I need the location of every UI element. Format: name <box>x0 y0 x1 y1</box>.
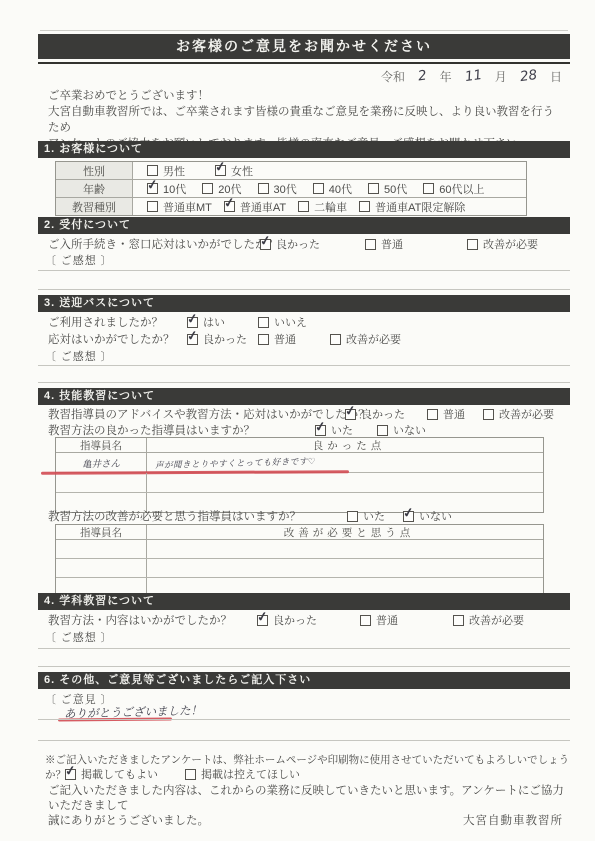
bus-comment-line-2[interactable] <box>38 382 570 383</box>
section-customer-title: 1. お客様について <box>44 143 143 155</box>
company-name: 大宮自動車教習所 <box>463 812 563 828</box>
good-table-col1: 指導員名 <box>56 438 147 452</box>
bus-comment-label: 〔 ご感想 〕 <box>45 348 113 364</box>
reception-option-good[interactable]: 良かった <box>260 236 320 252</box>
option-label: 二輪車 <box>314 199 347 215</box>
bus-option-improve[interactable]: 改善が必要 <box>330 331 401 347</box>
option-age-20s[interactable]: 20代 <box>202 181 241 197</box>
checkbox-skill-improve[interactable] <box>483 409 494 420</box>
age-label: 年齢 <box>56 180 133 197</box>
option-label: 普通 <box>274 331 296 347</box>
option-course-at-limited[interactable]: 普通車AT限定解除 <box>359 199 465 215</box>
intro-line-2: 大宮自動車教習所では、ご卒業されます皆様の貴重なご意見を業務に反映し、より良い教… <box>48 104 562 136</box>
option-label: 掲載は控えてほしい <box>201 766 300 782</box>
checkbox-male[interactable] <box>147 165 158 176</box>
other-comment-line-1[interactable] <box>38 719 570 720</box>
checkbox-skill-improve-ita[interactable] <box>347 511 358 522</box>
skill-q2: 教習方法の良かった指導員はいますか？ <box>48 422 255 438</box>
bus-option-normal[interactable]: 普通 <box>258 331 296 347</box>
skill-q2-row: 教習方法の良かった指導員はいますか？ いた いない <box>38 422 570 438</box>
customer-table: 性別 男性 女性 年齢 10代 20代 <box>55 161 527 216</box>
checkbox-age-60s[interactable] <box>423 183 434 194</box>
course-label: 教習種別 <box>56 198 133 215</box>
option-label: 普通 <box>443 406 465 422</box>
improve-table-header: 指導員名 改善が必要と思う点 <box>56 525 543 540</box>
checkbox-bus-good[interactable] <box>187 334 198 345</box>
option-label: いいえ <box>274 314 307 330</box>
form-title: お客様のご意見をお聞かせください <box>176 38 432 54</box>
date-era-label: 令和 <box>381 68 405 85</box>
bus-option-no[interactable]: いいえ <box>258 314 307 330</box>
reception-comment-label: 〔 ご感想 〕 <box>45 252 113 268</box>
improve-table-col1: 指導員名 <box>56 525 147 539</box>
checkbox-skill-normal[interactable] <box>427 409 438 420</box>
date-year-label: 年 <box>440 68 452 85</box>
publish-options-row: 掲載してもよい 掲載は控えてほしい <box>38 766 570 782</box>
section-lecture-title: 4. 学科教習について <box>44 595 155 607</box>
option-label: 50代 <box>384 181 407 197</box>
skill-q3: 教習方法の改善が必要と思う指導員はいますか？ <box>48 508 301 524</box>
reception-option-normal[interactable]: 普通 <box>365 236 403 252</box>
lecture-comment-label: 〔 ご感想 〕 <box>45 629 113 645</box>
checkbox-lecture-improve[interactable] <box>453 615 464 626</box>
checkbox-skill-good[interactable] <box>345 409 356 420</box>
option-label: 女性 <box>231 163 253 179</box>
option-label: 良かった <box>273 612 317 628</box>
other-comment-line-2[interactable] <box>38 740 570 741</box>
bus-q2: 応対はいかがでしたか？ <box>48 331 175 347</box>
option-label: 10代 <box>163 181 186 197</box>
form-title-banner: お客様のご意見をお聞かせください <box>38 34 570 59</box>
handwritten-good-point: 声が聞きとりやすくとっても好きです♡ <box>155 454 316 470</box>
bus-q1: ご利用されましたか？ <box>48 314 163 330</box>
course-row: 教習種別 普通車MT 普通車AT 二輪車 普通車AT限定解除 <box>56 197 526 215</box>
option-label: 普通車MT <box>163 199 212 215</box>
option-label: 普通 <box>381 236 403 252</box>
checkbox-bus-improve[interactable] <box>330 334 341 345</box>
improve-table-col2: 改善が必要と思う点 <box>147 525 543 540</box>
date-day-label: 日 <box>550 68 562 85</box>
date-day-handwritten: 28 <box>519 67 538 85</box>
intro-line-1: ご卒業おめでとうございます！ <box>48 88 562 104</box>
checkbox-bus-normal[interactable] <box>258 334 269 345</box>
handwritten-instructor-name: 亀井さん <box>82 455 120 470</box>
improve-instructor-table: 指導員名 改善が必要と思う点 <box>55 524 544 597</box>
checkbox-publish-ok[interactable] <box>65 769 76 780</box>
checkbox-course-bike[interactable] <box>298 201 309 212</box>
section-bus-title: 3. 送迎バスについて <box>44 297 155 309</box>
checkbox-bus-no[interactable] <box>258 317 269 328</box>
option-age-30s[interactable]: 30代 <box>258 181 297 197</box>
skill-option-good[interactable]: 良かった <box>345 406 405 422</box>
section-lecture-header: 4. 学科教習について <box>38 593 570 610</box>
scan-top-edge-line <box>40 30 568 31</box>
section-other-header: 6. その他、ご意見等ございましたらご記入下さい <box>38 672 570 689</box>
checkbox-course-at-limited[interactable] <box>359 201 370 212</box>
option-label: 改善が必要 <box>469 612 524 628</box>
section-customer-header: 1. お客様について <box>38 141 570 158</box>
checkbox-age-20s[interactable] <box>202 183 213 194</box>
checkbox-course-at[interactable] <box>224 201 235 212</box>
reception-question-row: ご入所手続き・窓口応対はいかがでしたか？ 良かった 普通 改善が必要 <box>38 236 570 252</box>
checkbox-age-40s[interactable] <box>313 183 324 194</box>
section-reception-title: 2. 受付について <box>44 219 131 231</box>
option-label: 良かった <box>361 406 405 422</box>
skill-option-inai[interactable]: いない <box>377 422 426 438</box>
publish-option-ok[interactable]: 掲載してもよい <box>65 766 158 782</box>
good-table-row-2[interactable] <box>56 473 543 493</box>
date-row: 令和 2 年 11 月 28 日 <box>38 66 568 86</box>
option-course-bike[interactable]: 二輪車 <box>298 199 347 215</box>
date-year-handwritten: 2 <box>417 67 428 84</box>
option-label: 普通車AT <box>240 199 286 215</box>
option-label: 良かった <box>203 331 247 347</box>
reception-question: ご入所手続き・窓口応対はいかがでしたか？ <box>48 236 278 252</box>
lecture-option-normal[interactable]: 普通 <box>360 612 398 628</box>
option-label: 改善が必要 <box>499 406 554 422</box>
option-label: 普通 <box>376 612 398 628</box>
gender-row: 性別 男性 女性 <box>56 162 526 179</box>
closing-line-1: ご記入いただきました内容は、これからの業務に反映していきたいと思います。アンケー… <box>48 784 568 814</box>
bus-q2-row: 応対はいかがでしたか？ 良かった 普通 改善が必要 <box>38 331 570 347</box>
checkbox-lecture-normal[interactable] <box>360 615 371 626</box>
lecture-comment-line-1[interactable] <box>38 648 570 649</box>
checkbox-female[interactable] <box>215 165 226 176</box>
skill-option-ita[interactable]: いた <box>315 422 353 438</box>
skill-improve-option-inai[interactable]: いない <box>403 508 452 524</box>
section-skill-title: 4. 技能教習について <box>44 390 155 402</box>
option-course-at[interactable]: 普通車AT <box>224 199 286 215</box>
improve-table-row-2[interactable] <box>56 559 543 578</box>
option-label: 普通車AT限定解除 <box>375 199 465 215</box>
option-age-60s[interactable]: 60代以上 <box>423 181 484 197</box>
publish-option-no[interactable]: 掲載は控えてほしい <box>185 766 300 782</box>
section-skill-header: 4. 技能教習について <box>38 388 570 405</box>
date-month-label: 月 <box>495 68 507 85</box>
lecture-option-good[interactable]: 良かった <box>257 612 317 628</box>
good-table-header: 指導員名 良かった点 <box>56 438 543 453</box>
checkbox-publish-no[interactable] <box>185 769 196 780</box>
option-label: いない <box>419 508 452 524</box>
checkbox-skill-improve-inai[interactable] <box>403 511 414 522</box>
banner-underline <box>38 62 570 64</box>
option-label: 良かった <box>276 236 320 252</box>
option-label: 改善が必要 <box>346 331 401 347</box>
checkbox-reception-normal[interactable] <box>365 239 376 250</box>
age-row: 年齢 10代 20代 30代 40代 50代 <box>56 179 526 197</box>
checkbox-reception-good[interactable] <box>260 239 271 250</box>
option-course-mt[interactable]: 普通車MT <box>147 199 212 215</box>
checkbox-lecture-good[interactable] <box>257 615 268 626</box>
skill-option-improve[interactable]: 改善が必要 <box>483 406 554 422</box>
section-reception-header: 2. 受付について <box>38 217 570 234</box>
reception-comment-line-1[interactable] <box>38 270 570 271</box>
option-label: 60代以上 <box>439 181 484 197</box>
option-label: いない <box>393 422 426 438</box>
reception-comment-line-2[interactable] <box>38 289 570 290</box>
date-month-handwritten: 11 <box>464 67 483 85</box>
checkbox-age-10s[interactable] <box>147 183 158 194</box>
lecture-question: 教習方法・内容はいかがでしたか？ <box>48 612 232 628</box>
option-label: 改善が必要 <box>483 236 538 252</box>
section-other-title: 6. その他、ご意見等ございましたらご記入下さい <box>44 674 311 686</box>
good-table-col2: 良かった点 <box>147 438 543 453</box>
bus-option-good[interactable]: 良かった <box>187 331 247 347</box>
option-label: 40代 <box>329 181 352 197</box>
good-table-row-1[interactable]: 亀井さん 声が聞きとりやすくとっても好きです♡ <box>56 453 543 473</box>
option-label: 男性 <box>163 163 185 179</box>
section-bus-header: 3. 送迎バスについて <box>38 295 570 312</box>
reception-option-improve[interactable]: 改善が必要 <box>467 236 538 252</box>
skill-improve-option-ita[interactable]: いた <box>347 508 385 524</box>
option-label: 30代 <box>274 181 297 197</box>
option-label: はい <box>203 314 225 330</box>
bus-q1-row: ご利用されましたか？ はい いいえ <box>38 314 570 330</box>
option-label: いた <box>363 508 385 524</box>
gender-label: 性別 <box>56 162 133 179</box>
option-age-50s[interactable]: 50代 <box>368 181 407 197</box>
lecture-option-improve[interactable]: 改善が必要 <box>453 612 524 628</box>
bus-comment-line-1[interactable] <box>38 365 570 366</box>
improve-table-row-1[interactable] <box>56 540 543 559</box>
checkbox-skill-inai[interactable] <box>377 425 388 436</box>
checkbox-reception-improve[interactable] <box>467 239 478 250</box>
option-label: 掲載してもよい <box>81 766 158 782</box>
good-instructor-table: 指導員名 良かった点 亀井さん 声が聞きとりやすくとっても好きです♡ <box>55 437 544 513</box>
checkbox-skill-ita[interactable] <box>315 425 326 436</box>
scanned-survey-page: お客様のご意見をお聞かせください 令和 2 年 11 月 28 日 ご卒業おめで… <box>0 0 595 841</box>
skill-q1-row: 教習指導員のアドバイスや教習方法・応対はいかがでしたか？ 良かった 普通 改善が… <box>38 406 570 422</box>
lecture-comment-line-2[interactable] <box>38 666 570 667</box>
lecture-question-row: 教習方法・内容はいかがでしたか？ 良かった 普通 改善が必要 <box>38 612 570 628</box>
checkbox-bus-yes[interactable] <box>187 317 198 328</box>
skill-q3-row: 教習方法の改善が必要と思う指導員はいますか？ いた いない <box>38 508 570 524</box>
option-label: いた <box>331 422 353 438</box>
skill-option-normal[interactable]: 普通 <box>427 406 465 422</box>
option-age-40s[interactable]: 40代 <box>313 181 352 197</box>
checkbox-course-mt[interactable] <box>147 201 158 212</box>
checkbox-age-50s[interactable] <box>368 183 379 194</box>
option-female[interactable]: 女性 <box>215 163 253 179</box>
checkbox-age-30s[interactable] <box>258 183 269 194</box>
option-age-10s[interactable]: 10代 <box>147 181 186 197</box>
